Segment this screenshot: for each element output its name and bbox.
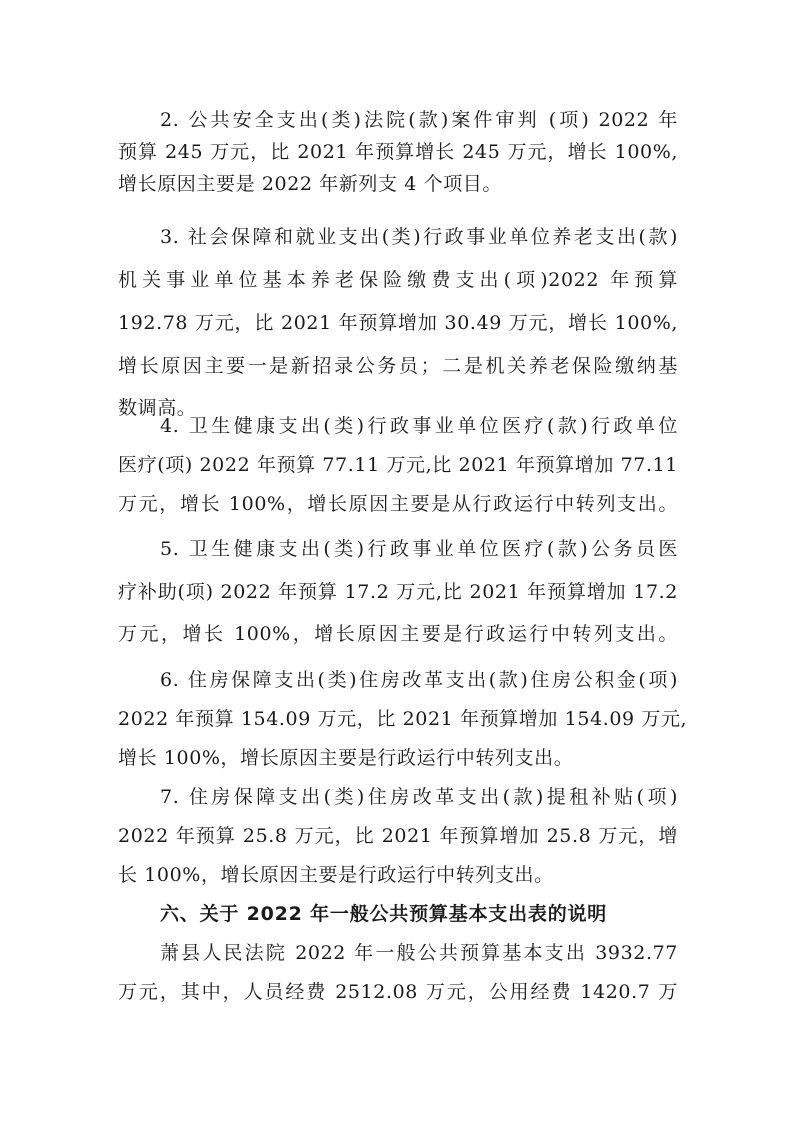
text-line: 万元，其中，人员经费 2512.08 万元，公用经费 1420.7 万 bbox=[118, 980, 678, 1004]
text-line: 2. 公共安全支出(类)法院(款)案件审判 (项) 2022 年 bbox=[160, 108, 678, 132]
text-line: 192.78 万元，比 2021 年预算增加 30.49 万元，增长 100%, bbox=[118, 311, 678, 335]
text-line: 6. 住房保障支出(类)住房改革支出(款)住房公积金(项) bbox=[160, 668, 678, 692]
text-line: 3. 社会保障和就业支出(类)行政事业单位养老支出(款) bbox=[160, 225, 678, 249]
text-line: 2022 年预算 25.8 万元，比 2021 年预算增加 25.8 万元，增 bbox=[118, 824, 678, 848]
document-page: 2. 公共安全支出(类)法院(款)案件审判 (项) 2022 年 预算 245 … bbox=[0, 0, 793, 1122]
text-line: 医疗(项) 2022 年预算 77.11 万元,比 2021 年预算增加 77.… bbox=[118, 453, 678, 477]
text-line: 万元，增长 100%，增长原因主要是行政运行中转列支出。 bbox=[118, 622, 678, 646]
text-line: 2022 年预算 154.09 万元，比 2021 年预算增加 154.09 万… bbox=[118, 707, 678, 731]
section-heading: 六、关于 2022 年一般公共预算基本支出表的说明 bbox=[160, 902, 607, 926]
text-line: 机关事业单位基本养老保险缴费支出(项)2022 年预算 bbox=[118, 268, 678, 292]
text-line: 5. 卫生健康支出(类)行政事业单位医疗(款)公务员医 bbox=[160, 537, 678, 561]
text-line: 4. 卫生健康支出(类)行政事业单位医疗(款)行政单位 bbox=[160, 414, 678, 438]
text-line: 增长 100%，增长原因主要是行政运行中转列支出。 bbox=[118, 746, 678, 770]
text-line: 疗补助(项) 2022 年预算 17.2 万元,比 2021 年预算增加 17.… bbox=[118, 580, 678, 604]
text-line: 预算 245 万元，比 2021 年预算增长 245 万元，增长 100%, bbox=[118, 140, 678, 164]
text-line: 万元，增长 100%，增长原因主要是从行政运行中转列支出。 bbox=[118, 492, 678, 516]
text-line: 增长原因主要是 2022 年新列支 4 个项目。 bbox=[118, 172, 678, 196]
text-line: 7. 住房保障支出(类)住房改革支出(款)提租补贴(项) bbox=[160, 785, 678, 809]
text-line: 增长原因主要一是新招录公务员；二是机关养老保险缴纳基 bbox=[118, 354, 678, 378]
text-line: 萧县人民法院 2022 年一般公共预算基本支出 3932.77 bbox=[160, 941, 678, 965]
text-line: 长 100%，增长原因主要是行政运行中转列支出。 bbox=[118, 863, 678, 887]
